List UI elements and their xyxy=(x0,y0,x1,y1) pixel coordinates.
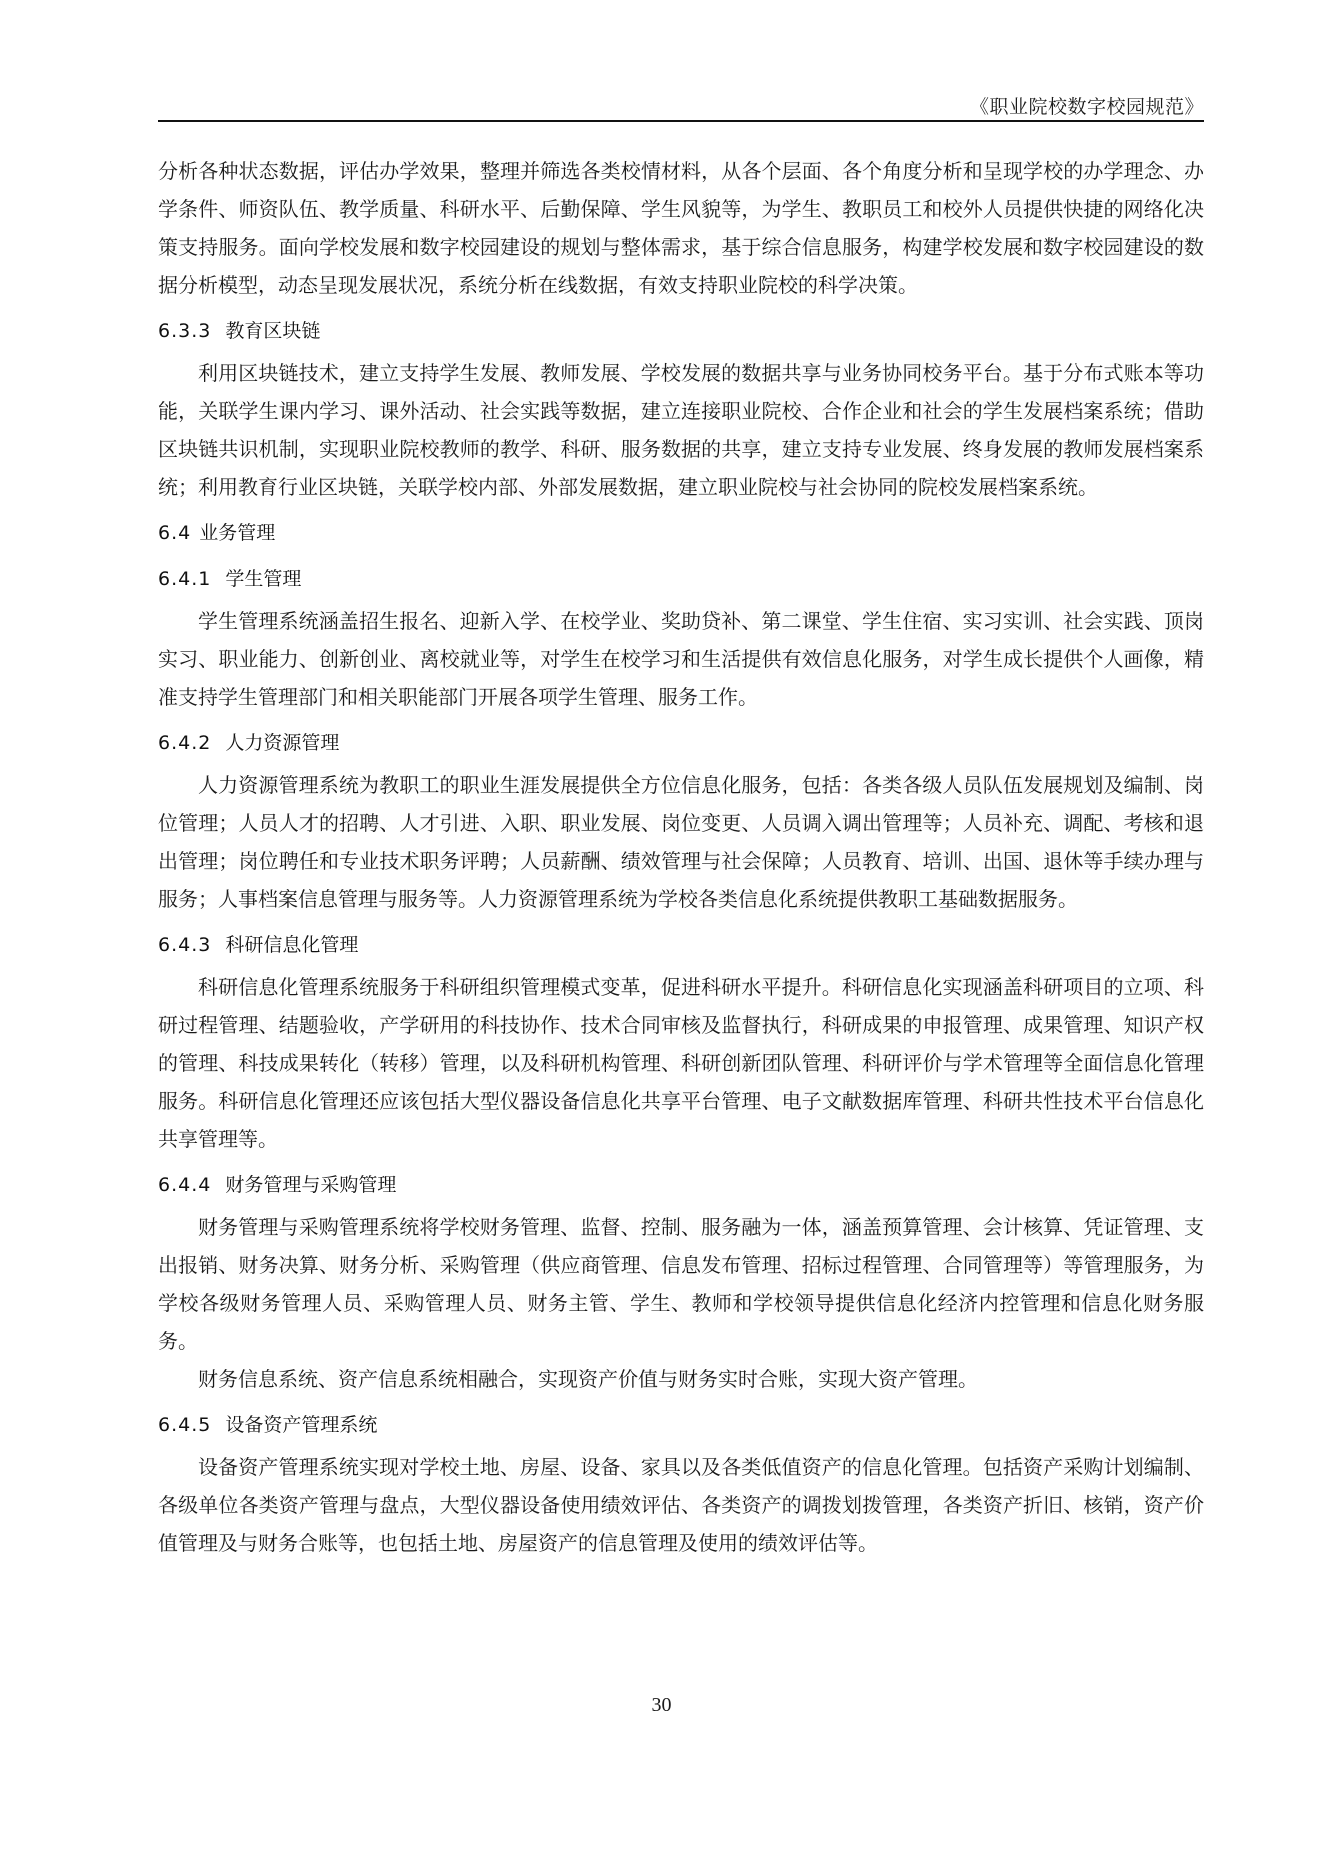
page-number: 30 xyxy=(0,1694,1323,1717)
heading-title: 教育区块链 xyxy=(225,320,320,342)
paragraph-research-management: 科研信息化管理系统服务于科研组织管理模式变革，促进科研水平提升。科研信息化实现涵… xyxy=(158,968,1204,1158)
paragraph-hr-management: 人力资源管理系统为教职工的职业生涯发展提供全方位信息化服务，包括：各类各级人员队… xyxy=(158,766,1204,918)
heading-title: 财务管理与采购管理 xyxy=(225,1174,396,1196)
heading-number: 6.3.3 xyxy=(158,320,211,342)
heading-number: 6.4.2 xyxy=(158,732,211,754)
paragraph-decision-support: 分析各种状态数据，评估办学效果，整理并筛选各类校情材料，从各个层面、各个角度分析… xyxy=(158,152,1204,304)
heading-title: 业务管理 xyxy=(199,522,275,544)
heading-6-4-4: 6.4.4财务管理与采购管理 xyxy=(158,1166,1204,1204)
running-header-title: 《职业院校数字校园规范》 xyxy=(970,92,1204,119)
heading-6-4-5: 6.4.5设备资产管理系统 xyxy=(158,1406,1204,1444)
heading-6-4-2: 6.4.2人力资源管理 xyxy=(158,724,1204,762)
heading-number: 6.4.5 xyxy=(158,1414,211,1436)
paragraph-finance-asset-integration: 财务信息系统、资产信息系统相融合，实现资产价值与财务实时合账，实现大资产管理。 xyxy=(158,1360,1204,1398)
heading-number: 6.4.4 xyxy=(158,1174,211,1196)
heading-number: 6.4 xyxy=(158,522,191,544)
paragraph-finance-procurement: 财务管理与采购管理系统将学校财务管理、监督、控制、服务融为一体，涵盖预算管理、会… xyxy=(158,1208,1204,1360)
paragraph-asset-management: 设备资产管理系统实现对学校土地、房屋、设备、家具以及各类低值资产的信息化管理。包… xyxy=(158,1448,1204,1562)
heading-6-4-1: 6.4.1学生管理 xyxy=(158,560,1204,598)
heading-title: 学生管理 xyxy=(225,568,301,590)
heading-title: 设备资产管理系统 xyxy=(225,1414,377,1436)
header-divider xyxy=(158,120,1204,122)
heading-title: 人力资源管理 xyxy=(225,732,339,754)
page-content: 分析各种状态数据，评估办学效果，整理并筛选各类校情材料，从各个层面、各个角度分析… xyxy=(158,152,1204,1562)
paragraph-blockchain: 利用区块链技术，建立支持学生发展、教师发展、学校发展的数据共享与业务协同校务平台… xyxy=(158,354,1204,506)
heading-6-3-3: 6.3.3教育区块链 xyxy=(158,312,1204,350)
heading-number: 6.4.3 xyxy=(158,934,211,956)
heading-6-4: 6.4业务管理 xyxy=(158,514,1204,552)
paragraph-student-management: 学生管理系统涵盖招生报名、迎新入学、在校学业、奖助贷补、第二课堂、学生住宿、实习… xyxy=(158,602,1204,716)
heading-6-4-3: 6.4.3科研信息化管理 xyxy=(158,926,1204,964)
heading-title: 科研信息化管理 xyxy=(225,934,358,956)
heading-number: 6.4.1 xyxy=(158,568,211,590)
